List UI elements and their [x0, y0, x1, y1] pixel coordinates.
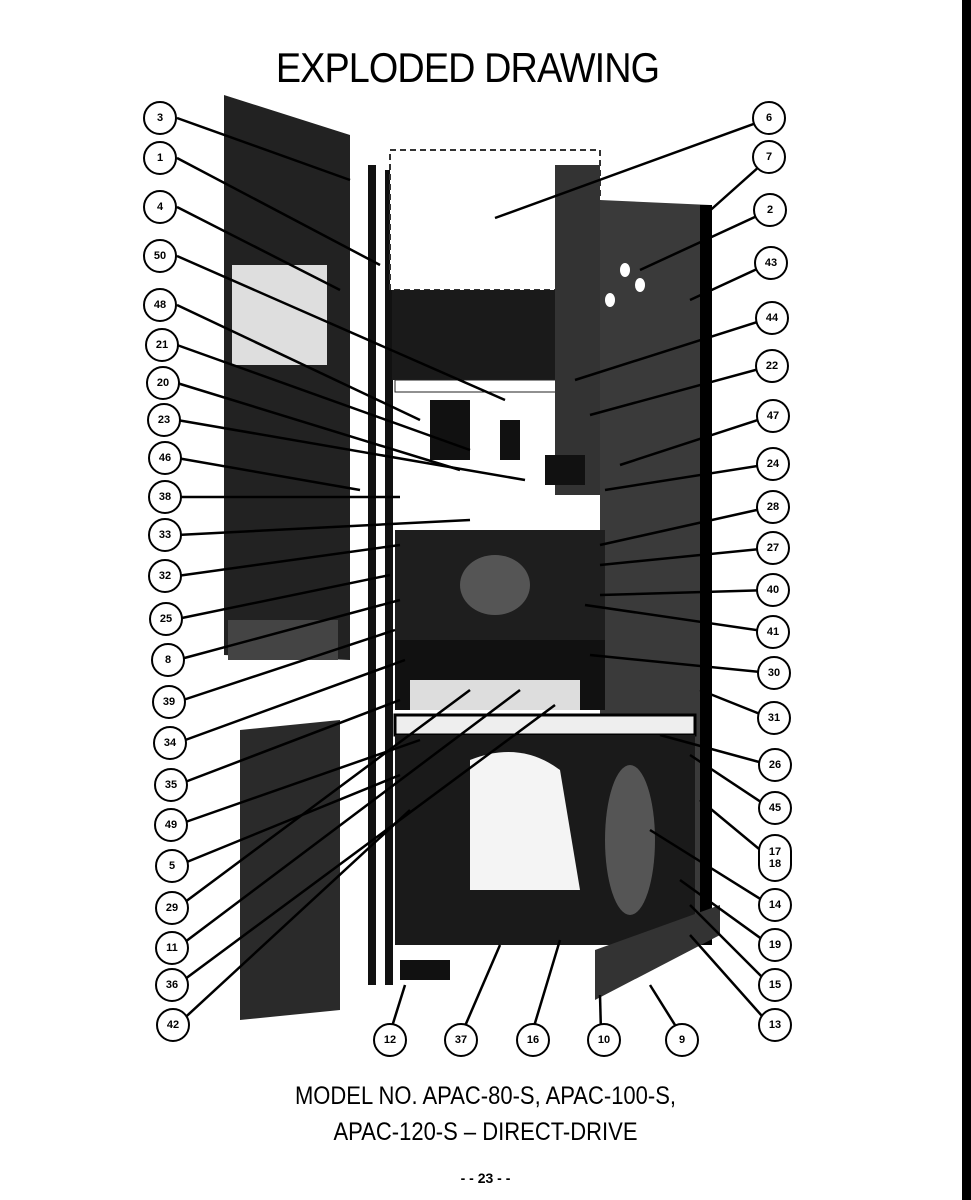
callout-20: 20	[146, 366, 180, 400]
callout-31: 31	[757, 701, 791, 735]
exploded-drawing	[0, 0, 971, 1200]
upper-filter	[392, 290, 572, 380]
callout-13: 13	[758, 1008, 792, 1042]
callout-1: 1	[143, 141, 177, 175]
callout-48: 48	[143, 288, 177, 322]
callout-4: 4	[143, 190, 177, 224]
callout-8: 8	[151, 643, 185, 677]
model-caption-line2: APAC-120-S – DIRECT-DRIVE	[58, 1118, 912, 1147]
callout-9: 9	[665, 1023, 699, 1057]
callout-29: 29	[155, 891, 189, 925]
callout-25: 25	[149, 602, 183, 636]
callout-43: 43	[754, 246, 788, 280]
callout-5: 5	[155, 849, 189, 883]
callout-2: 2	[753, 193, 787, 227]
callout-16: 16	[516, 1023, 550, 1057]
callout-6: 6	[752, 101, 786, 135]
callout-37: 37	[444, 1023, 478, 1057]
callout-14: 14	[758, 888, 792, 922]
callout-28: 28	[756, 490, 790, 524]
callout-49: 49	[154, 808, 188, 842]
callout-42: 42	[156, 1008, 190, 1042]
callout-34: 34	[153, 726, 187, 760]
callout-40: 40	[756, 573, 790, 607]
callout-32: 32	[148, 559, 182, 593]
callout-35: 35	[154, 768, 188, 802]
callout-7: 7	[752, 140, 786, 174]
model-caption-line1: MODEL NO. APAC-80-S, APAC-100-S,	[58, 1082, 912, 1111]
callout-36: 36	[155, 968, 189, 1002]
callout-33: 33	[148, 518, 182, 552]
callout-21: 21	[145, 328, 179, 362]
callout-12: 12	[373, 1023, 407, 1057]
left-lower-panel	[240, 720, 340, 1020]
callout-17-18: 1718	[758, 834, 792, 882]
callout-10: 10	[587, 1023, 621, 1057]
callout-38: 38	[148, 480, 182, 514]
callout-45: 45	[758, 791, 792, 825]
callout-26: 26	[758, 748, 792, 782]
callout-19: 19	[758, 928, 792, 962]
callout-27: 27	[756, 531, 790, 565]
callout-41: 41	[756, 615, 790, 649]
callout-3: 3	[143, 101, 177, 135]
callout-50: 50	[143, 239, 177, 273]
callout-23: 23	[147, 403, 181, 437]
callout-15: 15	[758, 968, 792, 1002]
callout-39: 39	[152, 685, 186, 719]
callout-30: 30	[757, 656, 791, 690]
callout-22: 22	[755, 349, 789, 383]
callout-24: 24	[756, 447, 790, 481]
callout-46: 46	[148, 441, 182, 475]
page-number: - - 23 - -	[0, 1170, 971, 1186]
callout-11: 11	[155, 931, 189, 965]
callout-47: 47	[756, 399, 790, 433]
callout-44: 44	[755, 301, 789, 335]
